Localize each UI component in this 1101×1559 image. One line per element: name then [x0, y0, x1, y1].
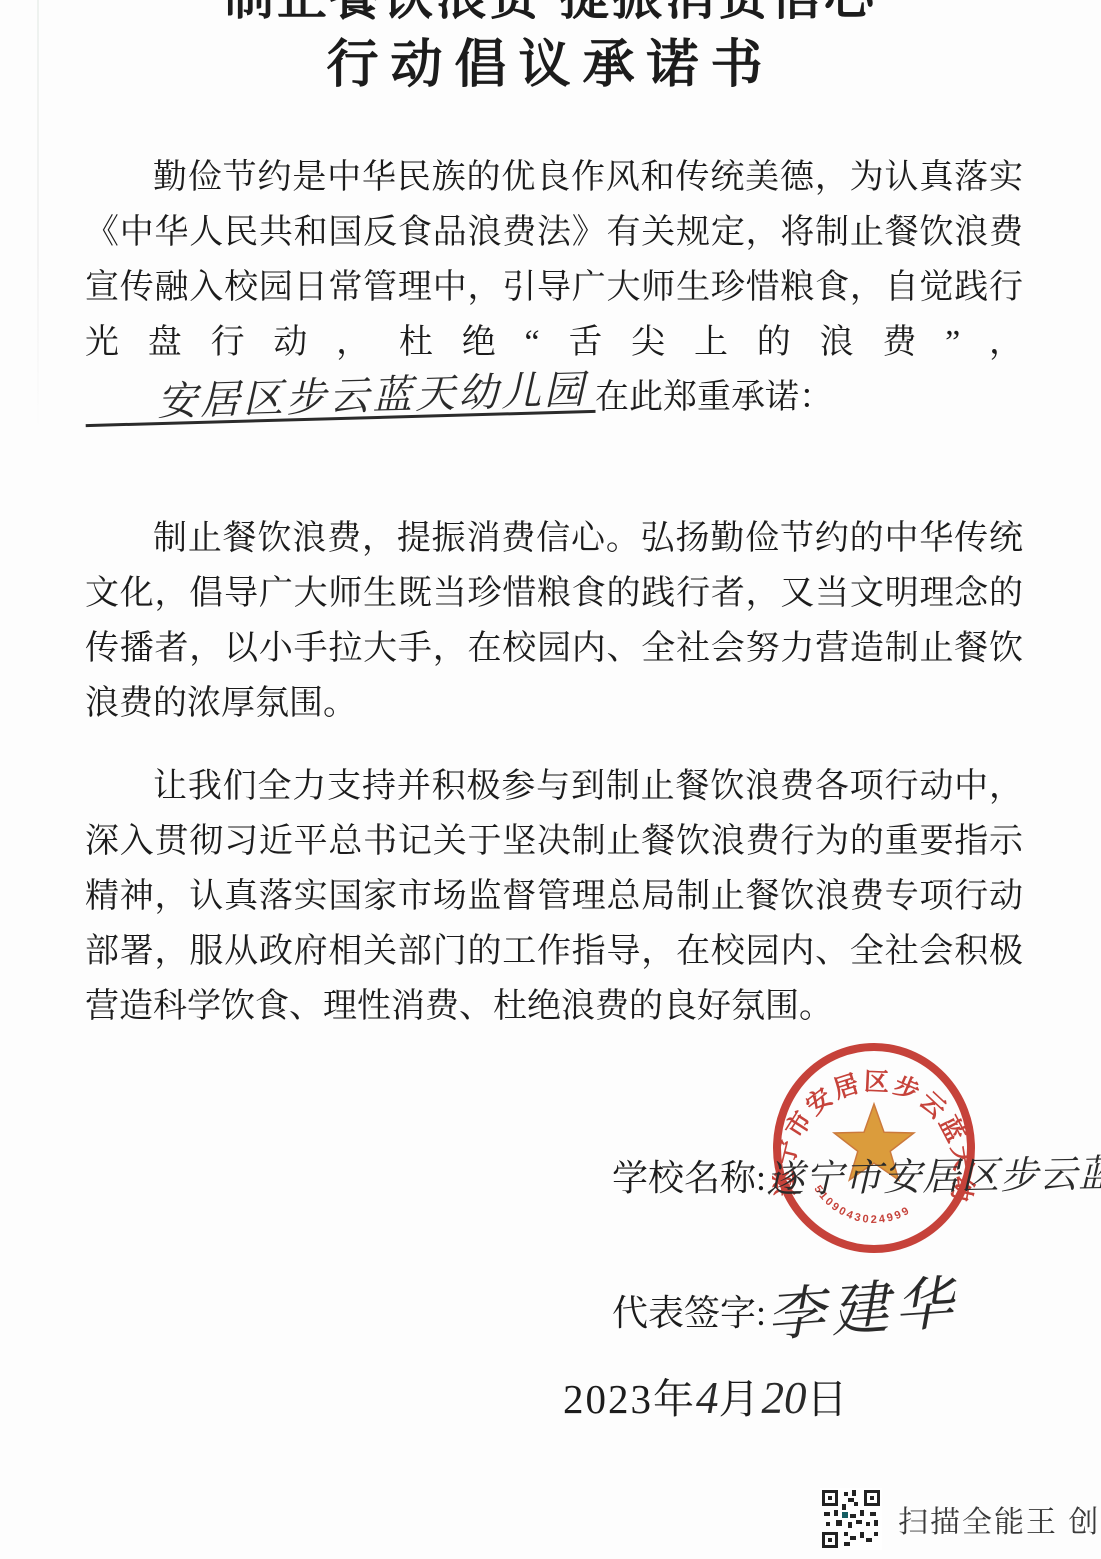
paragraph-2: 制止餐饮浪费，提振消费信心。弘扬勤俭节约的中华传统文化，倡导广大师生既当珍惜粮食… — [85, 511, 1023, 731]
date-day-label: 日 — [807, 1376, 850, 1422]
representative-signature-line: 代表签字:李建华 — [612, 1258, 958, 1342]
title-line-2: 行动倡议承诺书 — [0, 32, 1101, 98]
paragraph-1: 勤俭节约是中华民族的优良作风和传统美德，为认真落实《中华人民共和国反食品浪费法》… — [85, 150, 1023, 425]
paragraph-3: 让我们全力支持并积极参与到制止餐饮浪费各项行动中，深入贯彻习近平总书记关于坚决制… — [85, 759, 1023, 1034]
paragraph-1-text-before: 勤俭节约是中华民族的优良作风和传统美德，为认真落实《中华人民共和国反食品浪费法》… — [85, 159, 1023, 361]
date-day-value-handwritten: 20 — [762, 1373, 807, 1423]
school-name-line: 学校名称:遂宁市安居区步云蓝天幼儿园 — [612, 1146, 1101, 1201]
title-line-1: “制止餐饮浪费 提振消费信心” — [0, 0, 1101, 28]
date-month-value-handwritten: 4 — [696, 1373, 719, 1423]
date-month-label: 月 — [719, 1376, 762, 1422]
school-name-label: 学校名称: — [612, 1158, 766, 1198]
representative-signature-handwritten: 李建华 — [764, 1255, 961, 1352]
date-line: 2023年4月20日 — [563, 1366, 850, 1425]
school-name-handwritten: 遂宁市安居区步云蓝天幼儿园 — [766, 1140, 1101, 1204]
qr-code-icon — [820, 1488, 882, 1550]
handwritten-school-name-insert: 安居区步云蓝天幼儿园 — [85, 370, 596, 427]
date-year: 2023年 — [563, 1376, 696, 1422]
camscanner-watermark: 扫描全能王 创建 — [820, 1488, 1101, 1550]
document-title: “制止餐饮浪费 提振消费信心” 行动倡议承诺书 — [0, 0, 1101, 98]
scanned-document-page: “制止餐饮浪费 提振消费信心” 行动倡议承诺书 勤俭节约是中华民族的优良作风和传… — [0, 0, 1101, 1559]
representative-label: 代表签字: — [612, 1293, 766, 1333]
document-body: 勤俭节约是中华民族的优良作风和传统美德，为认真落实《中华人民共和国反食品浪费法》… — [85, 150, 1023, 1034]
paragraph-1-text-after: 在此郑重承诺： — [595, 379, 833, 416]
watermark-text: 扫描全能王 创建 — [898, 1497, 1101, 1541]
